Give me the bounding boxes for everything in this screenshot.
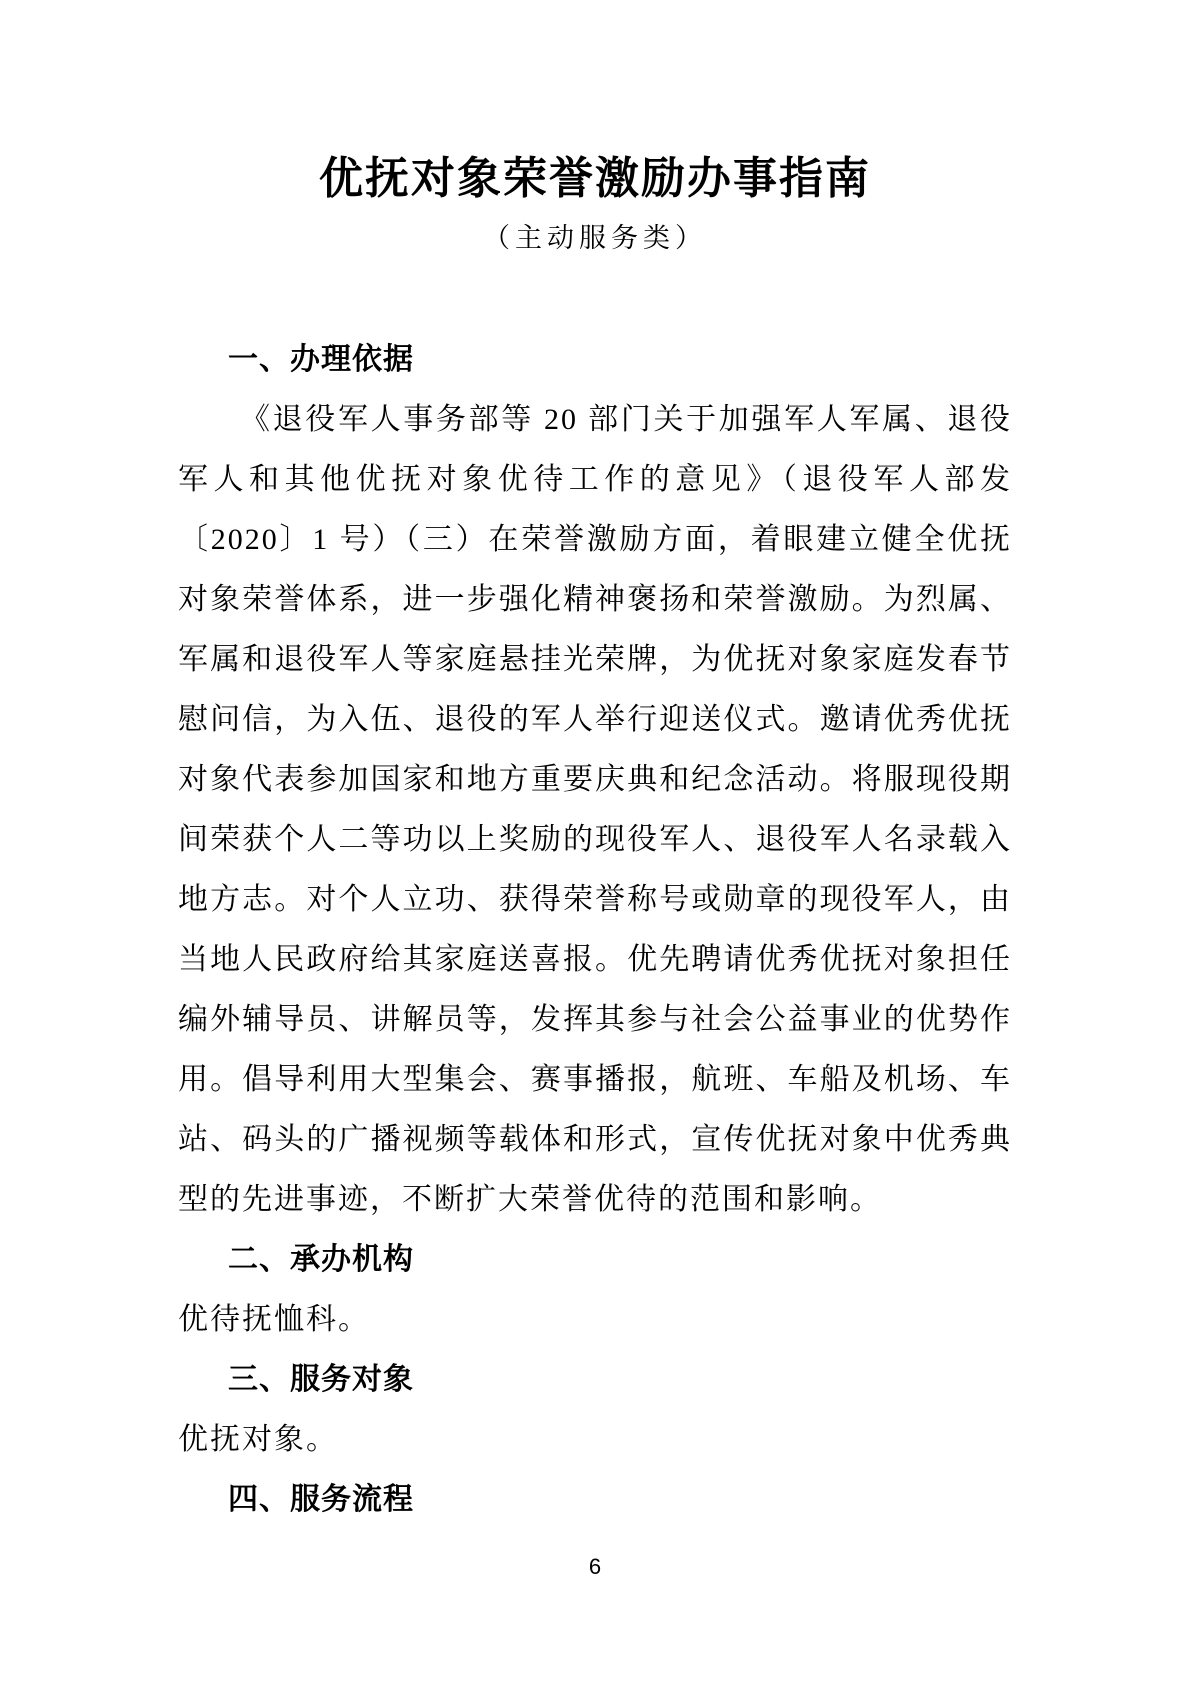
- body-line: 间荣获个人二等功以上奖励的现役军人、退役军人名录载入: [178, 810, 1012, 870]
- document-page: 优抚对象荣誉激励办事指南 （主动服务类） 一、办理依据 《退役军人事务部等 20…: [0, 0, 1190, 1683]
- page-number: 6: [0, 1554, 1190, 1580]
- body-line: 当地人民政府给其家庭送喜报。优先聘请优秀优抚对象担任: [178, 930, 1012, 990]
- body-line: 对象荣誉体系，进一步强化精神褒扬和荣誉激励。为烈属、: [178, 570, 1012, 630]
- body-line: 《退役军人事务部等 20 部门关于加强军人军属、退役: [178, 390, 1012, 450]
- section-heading-1: 一、办理依据: [178, 330, 1012, 390]
- body-line: 编外辅导员、讲解员等，发挥其参与社会公益事业的优势作: [178, 990, 1012, 1050]
- document-body: 一、办理依据 《退役军人事务部等 20 部门关于加强军人军属、退役 军人和其他优…: [178, 330, 1012, 1530]
- body-line: 军人和其他优抚对象优待工作的意见》（退役军人部发: [178, 450, 1012, 510]
- page-title: 优抚对象荣誉激励办事指南: [0, 142, 1190, 206]
- body-line: 地方志。对个人立功、获得荣誉称号或勋章的现役军人，由: [178, 870, 1012, 930]
- body-line: 优抚对象。: [178, 1410, 1012, 1470]
- body-line: 对象代表参加国家和地方重要庆典和纪念活动。将服现役期: [178, 750, 1012, 810]
- body-line: 〔2020〕1 号）（三）在荣誉激励方面，着眼建立健全优抚: [178, 510, 1012, 570]
- page-subtitle: （主动服务类）: [0, 216, 1190, 255]
- body-line: 军属和退役军人等家庭悬挂光荣牌，为优抚对象家庭发春节: [178, 630, 1012, 690]
- section-heading-4: 四、服务流程: [178, 1470, 1012, 1530]
- body-line: 慰问信，为入伍、退役的军人举行迎送仪式。邀请优秀优抚: [178, 690, 1012, 750]
- body-line: 优待抚恤科。: [178, 1290, 1012, 1350]
- body-line: 站、码头的广播视频等载体和形式，宣传优抚对象中优秀典: [178, 1110, 1012, 1170]
- section-heading-3: 三、服务对象: [178, 1350, 1012, 1410]
- body-line: 型的先进事迹，不断扩大荣誉优待的范围和影响。: [178, 1170, 1012, 1230]
- section-heading-2: 二、承办机构: [178, 1230, 1012, 1290]
- body-line: 用。倡导利用大型集会、赛事播报，航班、车船及机场、车: [178, 1050, 1012, 1110]
